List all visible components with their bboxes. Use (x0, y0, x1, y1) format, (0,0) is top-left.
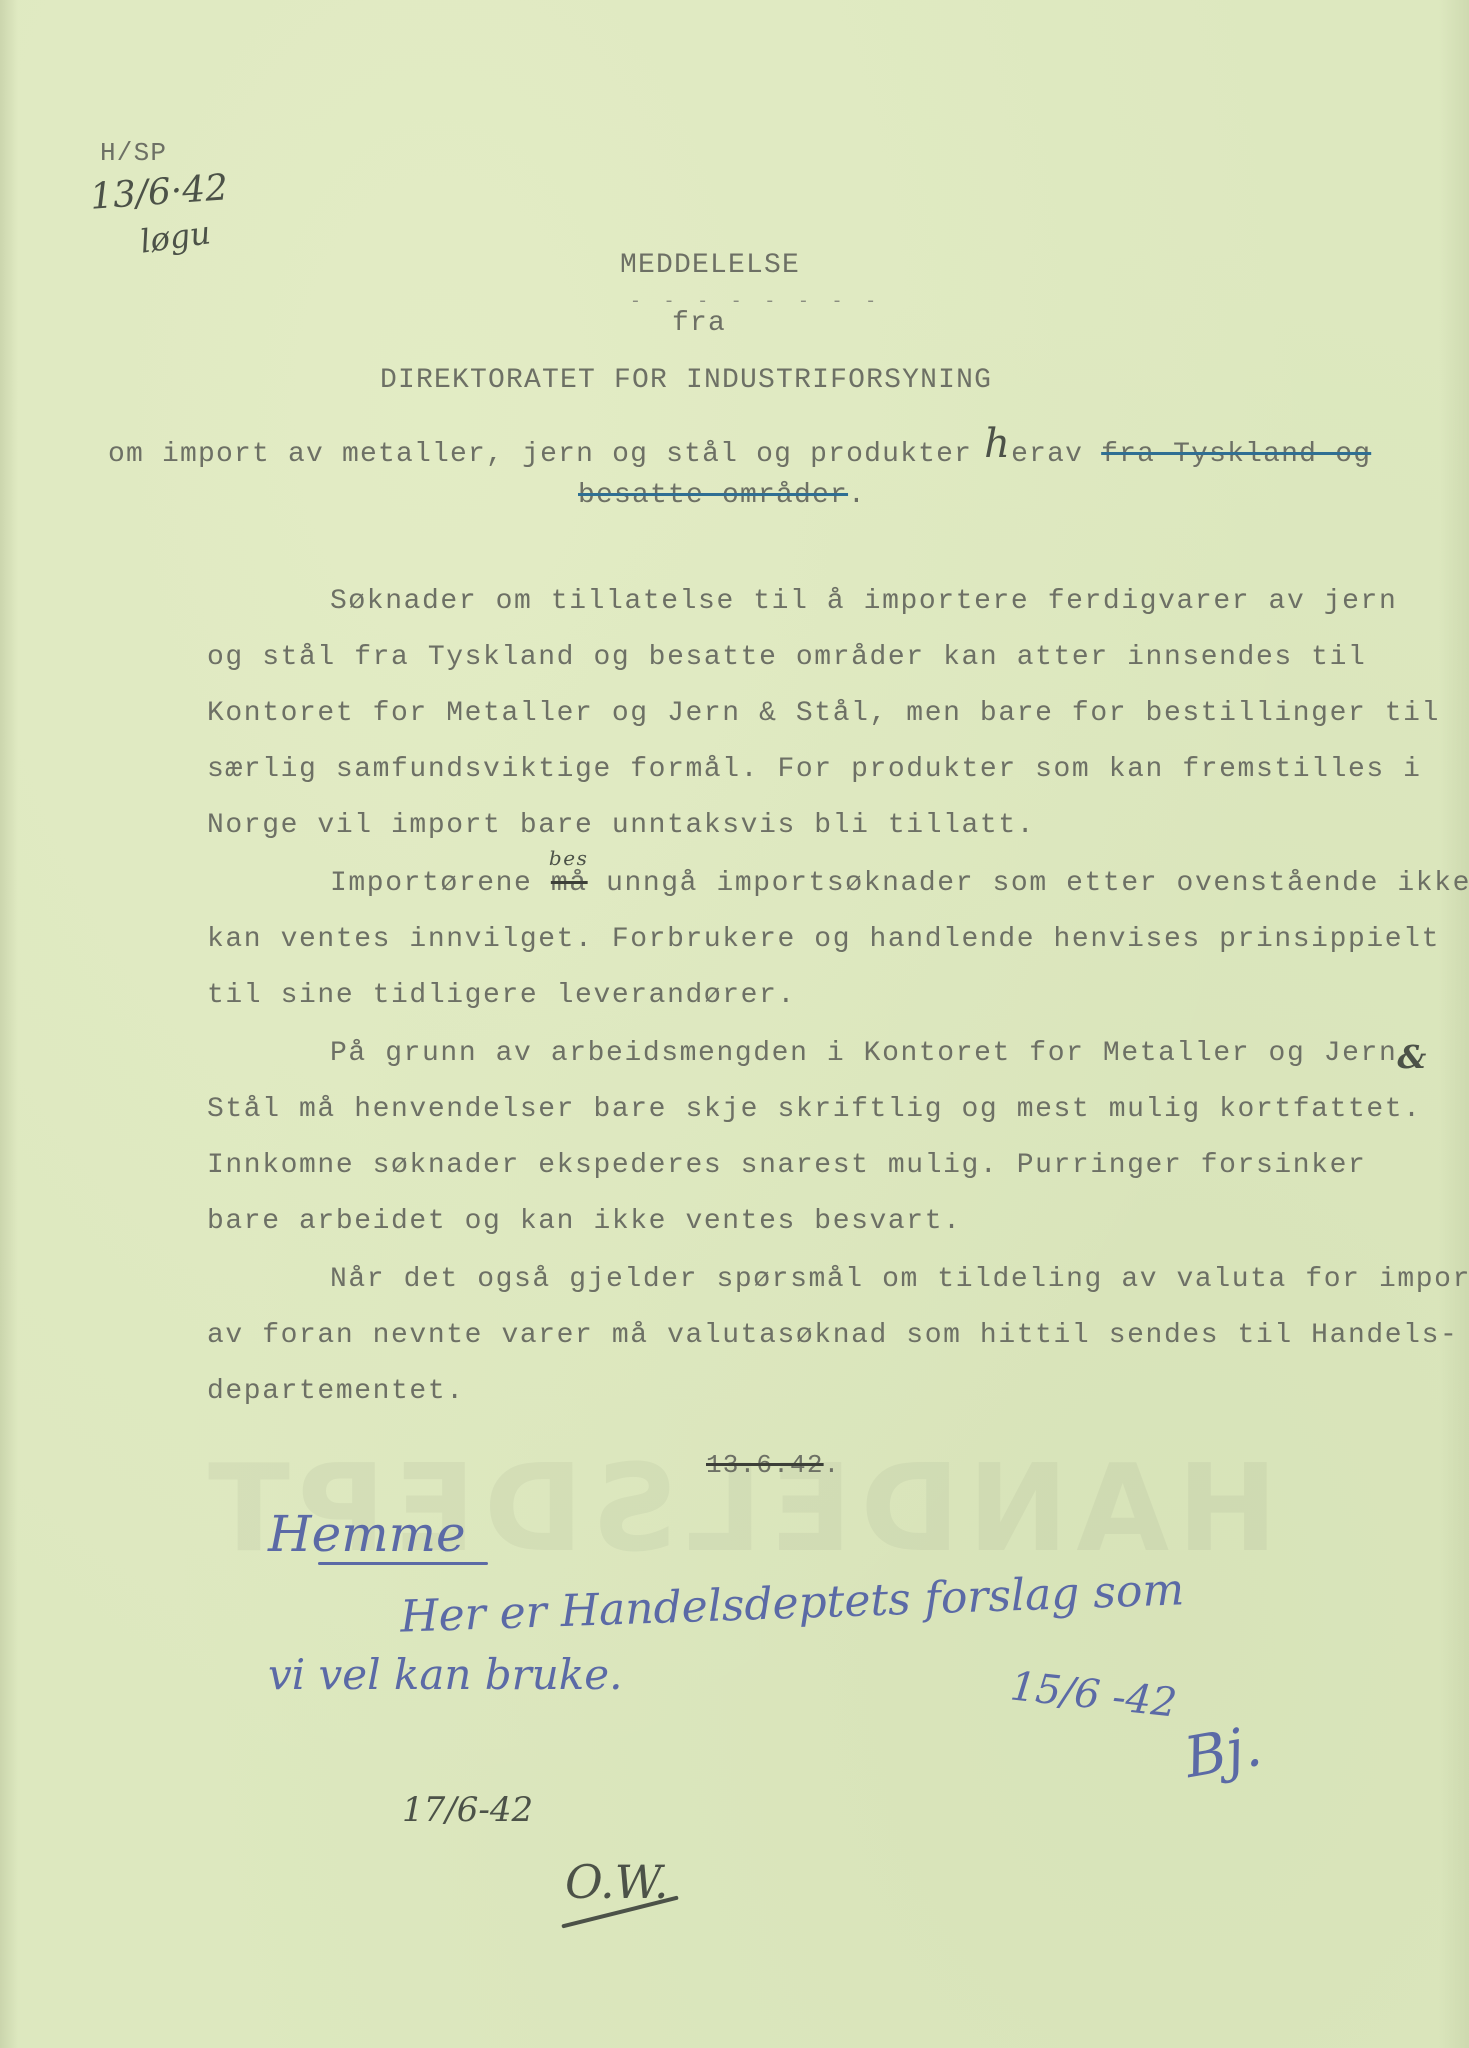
paragraph-3-line-1: På grunn av arbeidsmengden i Kontoret fo… (330, 1038, 1397, 1069)
struck-text-tyskland: fra Tyskland og (1101, 439, 1371, 470)
paragraph-1-line-3: Kontoret for Metaller og Jern & Stål, me… (207, 698, 1440, 729)
title-dashes: - - - - - - - - (630, 292, 882, 312)
p3-line1-text: På grunn av arbeidsmengden i Kontoret fo… (330, 1038, 1397, 1069)
subject-text: om import av metaller, jern og stål og p… (108, 439, 972, 470)
subject-line-2: besatte områder. (578, 480, 866, 511)
p2-inserted-word: bes (549, 846, 589, 870)
bottom-date-annotation: 17/6-42 (402, 1790, 533, 1830)
struck-date: 13.6.42. (706, 1450, 840, 1480)
paragraph-3-line-4: bare arbeidet og kan ikke ventes besvart… (207, 1206, 962, 1237)
paragraph-1-line-1: Søknader om tillatelse til å importere f… (330, 586, 1397, 617)
paper-right-edge (1439, 0, 1469, 2048)
paragraph-1-line-5: Norge vil import bare unntaksvis bli til… (207, 810, 1035, 841)
paragraph-1-line-4: særlig samfundsviktige formål. For produ… (207, 754, 1422, 785)
p2-after: unngå importsøknader som etter ovenståen… (606, 868, 1469, 899)
paragraph-2-line-3: til sine tidligere leverandører. (207, 980, 796, 1011)
struck-text-besatte: besatte områder (578, 480, 848, 511)
issuer-name: DIREKTORATET FOR INDUSTRIFORSYNING (380, 365, 992, 396)
p2-before: Importørene (330, 868, 532, 899)
salutation-underline (318, 1562, 488, 1565)
note-salutation: Hemme (268, 1505, 466, 1563)
paragraph-4-line-3: departementet. (207, 1376, 465, 1407)
paper-left-edge (0, 0, 18, 2048)
subject-end: . (848, 480, 866, 511)
paragraph-4-line-1: Når det også gjelder spørsmål om tildeli… (330, 1264, 1469, 1295)
from-label: fra (672, 308, 726, 339)
note-date: 15/6 -42 (1008, 1663, 1179, 1726)
subject-line-1: om import av metaller, jern og stål og p… (108, 425, 1371, 471)
paragraph-4-line-2: av foran nevnte varer må valutasøknad so… (207, 1320, 1458, 1351)
document-title: MEDDELELSE (620, 250, 800, 281)
struck-date-text: 13.6.42 (706, 1450, 824, 1480)
margin-initials-annotation: løgu (138, 213, 213, 260)
subject-after: erav (1011, 439, 1083, 470)
reference-code: H/SP (100, 138, 167, 168)
paragraph-3-line-3: Innkomne søknader ekspederes snarest mul… (207, 1150, 1366, 1181)
paragraph-3-line-2: Stål må henvendelser bare skje skriftlig… (207, 1094, 1422, 1125)
insertion-mark: h (984, 421, 1011, 467)
note-signature: Bj. (1180, 1714, 1266, 1791)
p2-correction: må bes (551, 868, 606, 899)
margin-date-annotation: 13/6·42 (89, 167, 230, 218)
p3-ampersand-mark: & (1397, 1038, 1428, 1076)
p2-struck-word: må (551, 868, 588, 899)
paragraph-2-line-1: Importørene må bes unngå importsøknader … (330, 868, 1469, 899)
paragraph-1-line-2: og stål fra Tyskland og besatte områder … (207, 642, 1366, 673)
note-line-2: vi vel kan bruke. (268, 1650, 622, 1699)
paragraph-2-line-2: kan ventes innvilget. Forbrukere og hand… (207, 924, 1440, 955)
struck-date-punct: . (824, 1450, 841, 1480)
